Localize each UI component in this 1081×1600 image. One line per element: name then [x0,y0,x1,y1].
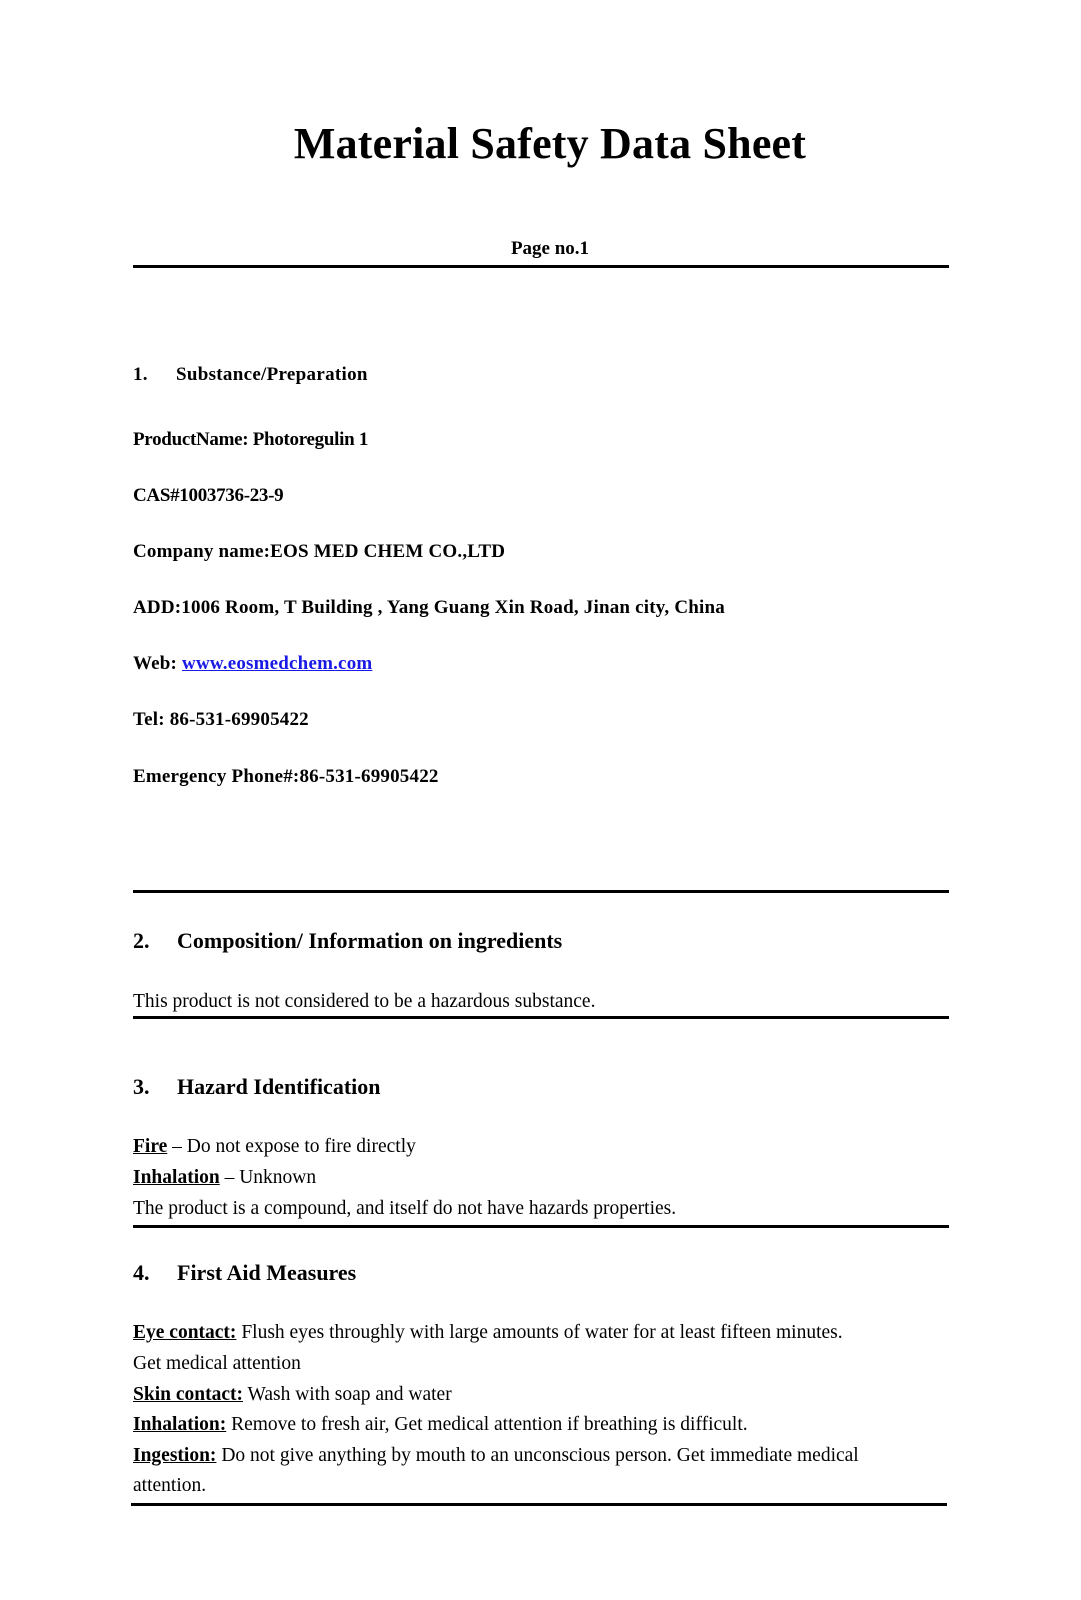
header-divider [133,265,949,268]
website-link[interactable]: www.eosmedchem.com [182,653,372,674]
product-name: ProductName: Photoregulin 1 [133,429,368,451]
hazard-text: Do not expose to fire directly [187,1136,416,1157]
section-2-heading: 2.Composition/ Information on ingredient… [133,928,562,954]
company-name: Company name:EOS MED CHEM CO.,LTD [133,541,505,563]
first-aid-label: Skin contact: [133,1384,243,1405]
first-aid-text: Remove to fresh air, Get medical attenti… [226,1414,747,1435]
hazard-label: Inhalation [133,1167,220,1188]
hazard-separator: – [167,1136,187,1157]
section-title: First Aid Measures [177,1260,356,1285]
section-number: 4. [133,1260,177,1286]
first-aid-inhalation: Inhalation: Remove to fresh air, Get med… [133,1414,748,1436]
first-aid-skin-contact: Skin contact: Wash with soap and water [133,1384,452,1406]
first-aid-label: Inhalation: [133,1414,226,1435]
first-aid-text: Flush eyes throughly with large amounts … [236,1322,842,1343]
section-4-heading: 4.First Aid Measures [133,1260,356,1286]
first-aid-eye-contact: Eye contact: Flush eyes throughly with l… [133,1322,843,1344]
first-aid-label: Eye contact: [133,1322,236,1343]
hazard-item-inhalation: Inhalation – Unknown [133,1167,316,1189]
emergency-phone: Emergency Phone#:86-531-69905422 [133,766,439,788]
hazard-label: Fire [133,1136,167,1157]
company-address: ADD:1006 Room, T Building , Yang Guang X… [133,597,725,619]
section-number: 2. [133,928,177,954]
telephone: Tel: 86-531-69905422 [133,709,309,731]
section-divider [131,1503,947,1506]
section-divider [133,890,949,893]
page-number: Page no.1 [0,238,1081,260]
section-3-heading: 3.Hazard Identification [133,1074,381,1100]
section-title: Hazard Identification [177,1074,381,1099]
document-title: Material Safety Data Sheet [0,118,1081,169]
first-aid-label: Ingestion: [133,1445,216,1466]
section-divider [133,1016,949,1019]
hazard-item-fire: Fire – Do not expose to fire directly [133,1136,416,1158]
section-number: 1. [133,364,176,386]
section-number: 3. [133,1074,177,1100]
web-label: Web: [133,653,182,674]
cas-number: CAS#1003736-23-9 [133,485,283,507]
hazard-note: The product is a compound, and itself do… [133,1198,676,1220]
section-title: Composition/ Information on ingredients [177,928,562,953]
section-divider [133,1225,949,1228]
web-line: Web: www.eosmedchem.com [133,653,372,675]
first-aid-continuation: Get medical attention [133,1353,301,1375]
hazard-separator: – [220,1167,240,1188]
hazard-text: Unknown [239,1167,316,1188]
first-aid-text: Wash with soap and water [243,1384,452,1405]
section-1-heading: 1.Substance/Preparation [133,364,368,386]
section-title: Substance/Preparation [176,364,368,385]
composition-text: This product is not considered to be a h… [133,991,595,1013]
first-aid-continuation: attention. [133,1475,206,1497]
first-aid-ingestion: Ingestion: Do not give anything by mouth… [133,1445,859,1467]
first-aid-text: Do not give anything by mouth to an unco… [216,1445,858,1466]
